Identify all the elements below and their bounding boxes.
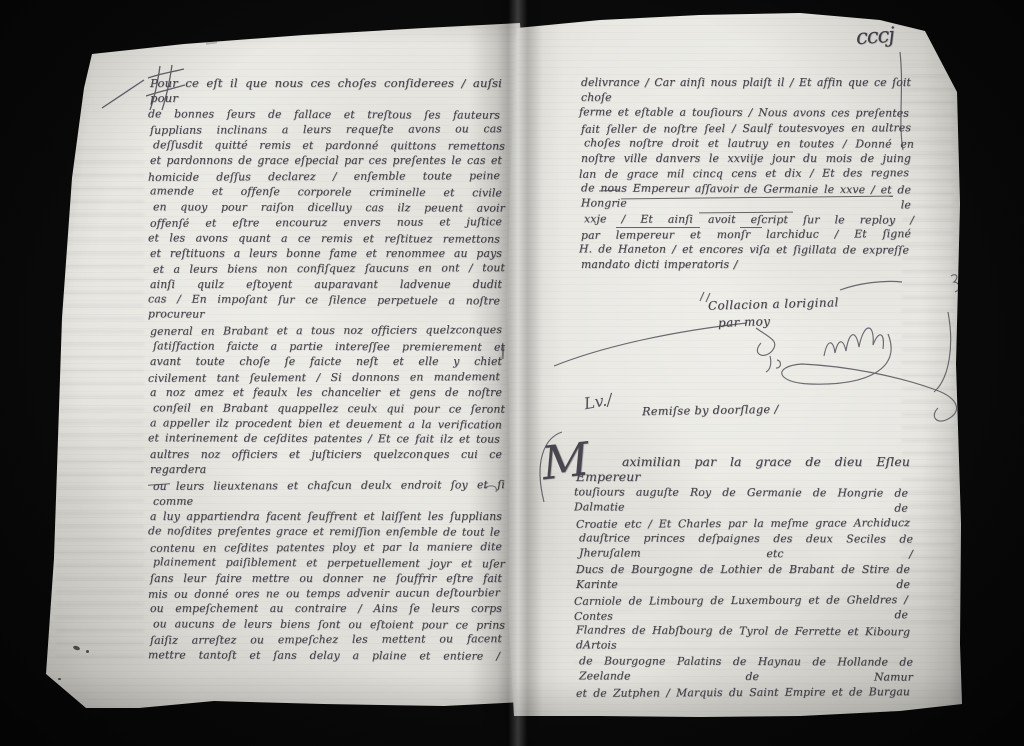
- manuscript-line: ſans leur faire mettre ou donner ne ſouf…: [150, 571, 502, 586]
- manuscript-line: et de Zutphen / Marquis du Saint Empire …: [576, 684, 910, 701]
- manuscript-line: ſupplians inclinans a leurs requeſte avo…: [150, 121, 502, 138]
- pencil-dash-mark: [206, 41, 217, 45]
- manuscript-line: avant toute choſe ſe faicte neſt et elle…: [150, 354, 502, 369]
- manuscript-line: deſſusdit quitté remis et pardonné quitt…: [153, 137, 505, 154]
- closing-protocol-block: delivrance / Car ainſi nous plaiſt il / …: [581, 75, 911, 273]
- manuscript-line: xxje / Et ainſi avoit eſcript ſur le rep…: [584, 211, 914, 227]
- manuscript-line: et pardonnons de grace eſpecial par ces …: [150, 153, 502, 168]
- ink-speck: [86, 650, 89, 653]
- manuscript-line: mis ou donné ores ne ou temps advenir au…: [148, 585, 500, 602]
- manuscript-line: touſiours auguſte Roy de Germanie de Hon…: [574, 484, 908, 516]
- manuscript-line: mandato dicti imperatoris /: [581, 257, 911, 272]
- section-mark: Lv./: [583, 390, 614, 414]
- pencil-foliation-mark: 35: [147, 27, 165, 40]
- manuscript-line: noſtre ville danvers le xxviije jour du …: [581, 151, 911, 166]
- manuscript-line: fait ſeller de noſtre ſeel / Saulf toute…: [581, 120, 911, 137]
- manuscript-line: offenſé et eſtre encouruz envers nous et…: [150, 214, 502, 231]
- manuscript-line: a luy appartiendra facent ſeuffrent et l…: [150, 509, 502, 524]
- remission-text-block: Pour ce eſt il que nous ces choſes conſi…: [150, 76, 502, 663]
- left-page: 35 Pour ce eſt il que nous ces choſes co…: [44, 18, 532, 714]
- ink-speck: [58, 678, 61, 680]
- manuscript-line: H. de Haneton / et encores viſa et ſigil…: [579, 242, 909, 258]
- underline-mark: [616, 227, 700, 228]
- manuscript-line: Pour ce eſt il que nous ces choſes conſi…: [150, 76, 502, 107]
- manuscript-line: ſatiſfaction faicte a partie intereſſee …: [153, 338, 505, 355]
- manuscript-line: Ducs de Bourgogne de Lothier de Brabant …: [576, 562, 910, 593]
- manuscript-line: homicide deſſus declarez / enſemble tout…: [148, 168, 500, 185]
- verso-showthrough: [56, 138, 144, 658]
- manuscript-line: Croatie etc / Et Charles par la meſme gr…: [576, 515, 910, 532]
- manuscript-line: mettre tantoſt et ſans delay a plaine et…: [148, 647, 500, 664]
- manuscript-line: ferme et eſtable a touſiours / Nous avon…: [579, 105, 909, 121]
- manuscript-line: de noſdites preſentes grace et remiſſion…: [148, 523, 500, 540]
- manuscript-line: ſaiſiz arreſtez ou empeſchez les mettent…: [150, 631, 502, 648]
- manuscript-line: general en Brabant et a tous noz officie…: [150, 322, 502, 339]
- manuscript-line: aultres noz officiers et juſticiers quel…: [150, 447, 502, 478]
- manuscript-line: Carniole de Limbourg de Luxembourg et de…: [574, 592, 908, 624]
- manuscript-line: choſes noſtre droit et lautruy en toutes…: [584, 135, 914, 151]
- collation-note: Collacion a loriginal: [708, 295, 839, 312]
- underline-mark: [740, 227, 762, 228]
- manuscript-line: contenu en ceſdites patentes ploy et par…: [150, 539, 502, 556]
- manuscript-line: ou empeſchement au contraire / Ains ſe l…: [150, 601, 502, 616]
- manuscript-line: de Bourgogne Palatins de Haynau de Holla…: [579, 654, 913, 686]
- manuscript-line: et les avons quant a ce remis et reſtitu…: [148, 230, 500, 247]
- manuscript-line: et a leurs biens non confiſquez ſaucuns …: [153, 261, 505, 278]
- manuscript-line: ainſi quilz eſtoyent auparavant ladvenue…: [150, 277, 502, 292]
- manuscript-line: amende et offenſe corporele criminelle e…: [150, 183, 502, 201]
- right-page: cccj delivrance / Car ainſi nous plaiſt …: [504, 4, 968, 726]
- docket-heading: Remiſse by doorſlage /: [642, 403, 779, 418]
- manuscript-line: et reſtituons a leurs bonne fame et reno…: [150, 246, 502, 261]
- manuscript-photograph: 35 Pour ce eſt il que nous ces choſes co…: [0, 0, 1024, 746]
- manuscript-line: dauſtrice princes deſpaignes des deux Se…: [579, 530, 913, 562]
- folio-number: cccj: [855, 23, 894, 50]
- manuscript-line: aximilian par la grace de dieu Eſleu Emp…: [576, 454, 910, 485]
- manuscript-line: conſeil en Brabant quappellez ceulx qui …: [153, 400, 505, 417]
- manuscript-line: par lempereur et monſr larchiduc / Et ſi…: [581, 226, 911, 243]
- manuscript-line: plainement paiſiblement et perpetuelleme…: [153, 554, 505, 572]
- manuscript-line: en quoy pour raiſon dicelluy cas ilz peu…: [153, 199, 505, 216]
- manuscript-line: ou leurs lieuxtenans et chaſcun deulx en…: [153, 477, 505, 510]
- manuscript-line: et interinement de ceſdites patentes / E…: [148, 431, 500, 448]
- manuscript-line: Flandres de Habſbourg de Tyrol de Ferret…: [576, 623, 910, 656]
- manuscript-line: delivrance / Car ainſi nous plaiſt il / …: [581, 75, 911, 105]
- manuscript-line: cas / En impoſant ſur ce ſilence perpetu…: [148, 292, 500, 325]
- manuscript-line: civilement tant ſeulement / Si donnons e…: [148, 369, 500, 386]
- ink-speck: [73, 645, 81, 651]
- manuscript-line: a noz amez et feaulx les chancelier et g…: [150, 385, 502, 400]
- collation-note: par moy: [718, 314, 771, 330]
- maximilian-intitulatio-block: aximilian par la grace de dieu Eſleu Emp…: [576, 454, 910, 701]
